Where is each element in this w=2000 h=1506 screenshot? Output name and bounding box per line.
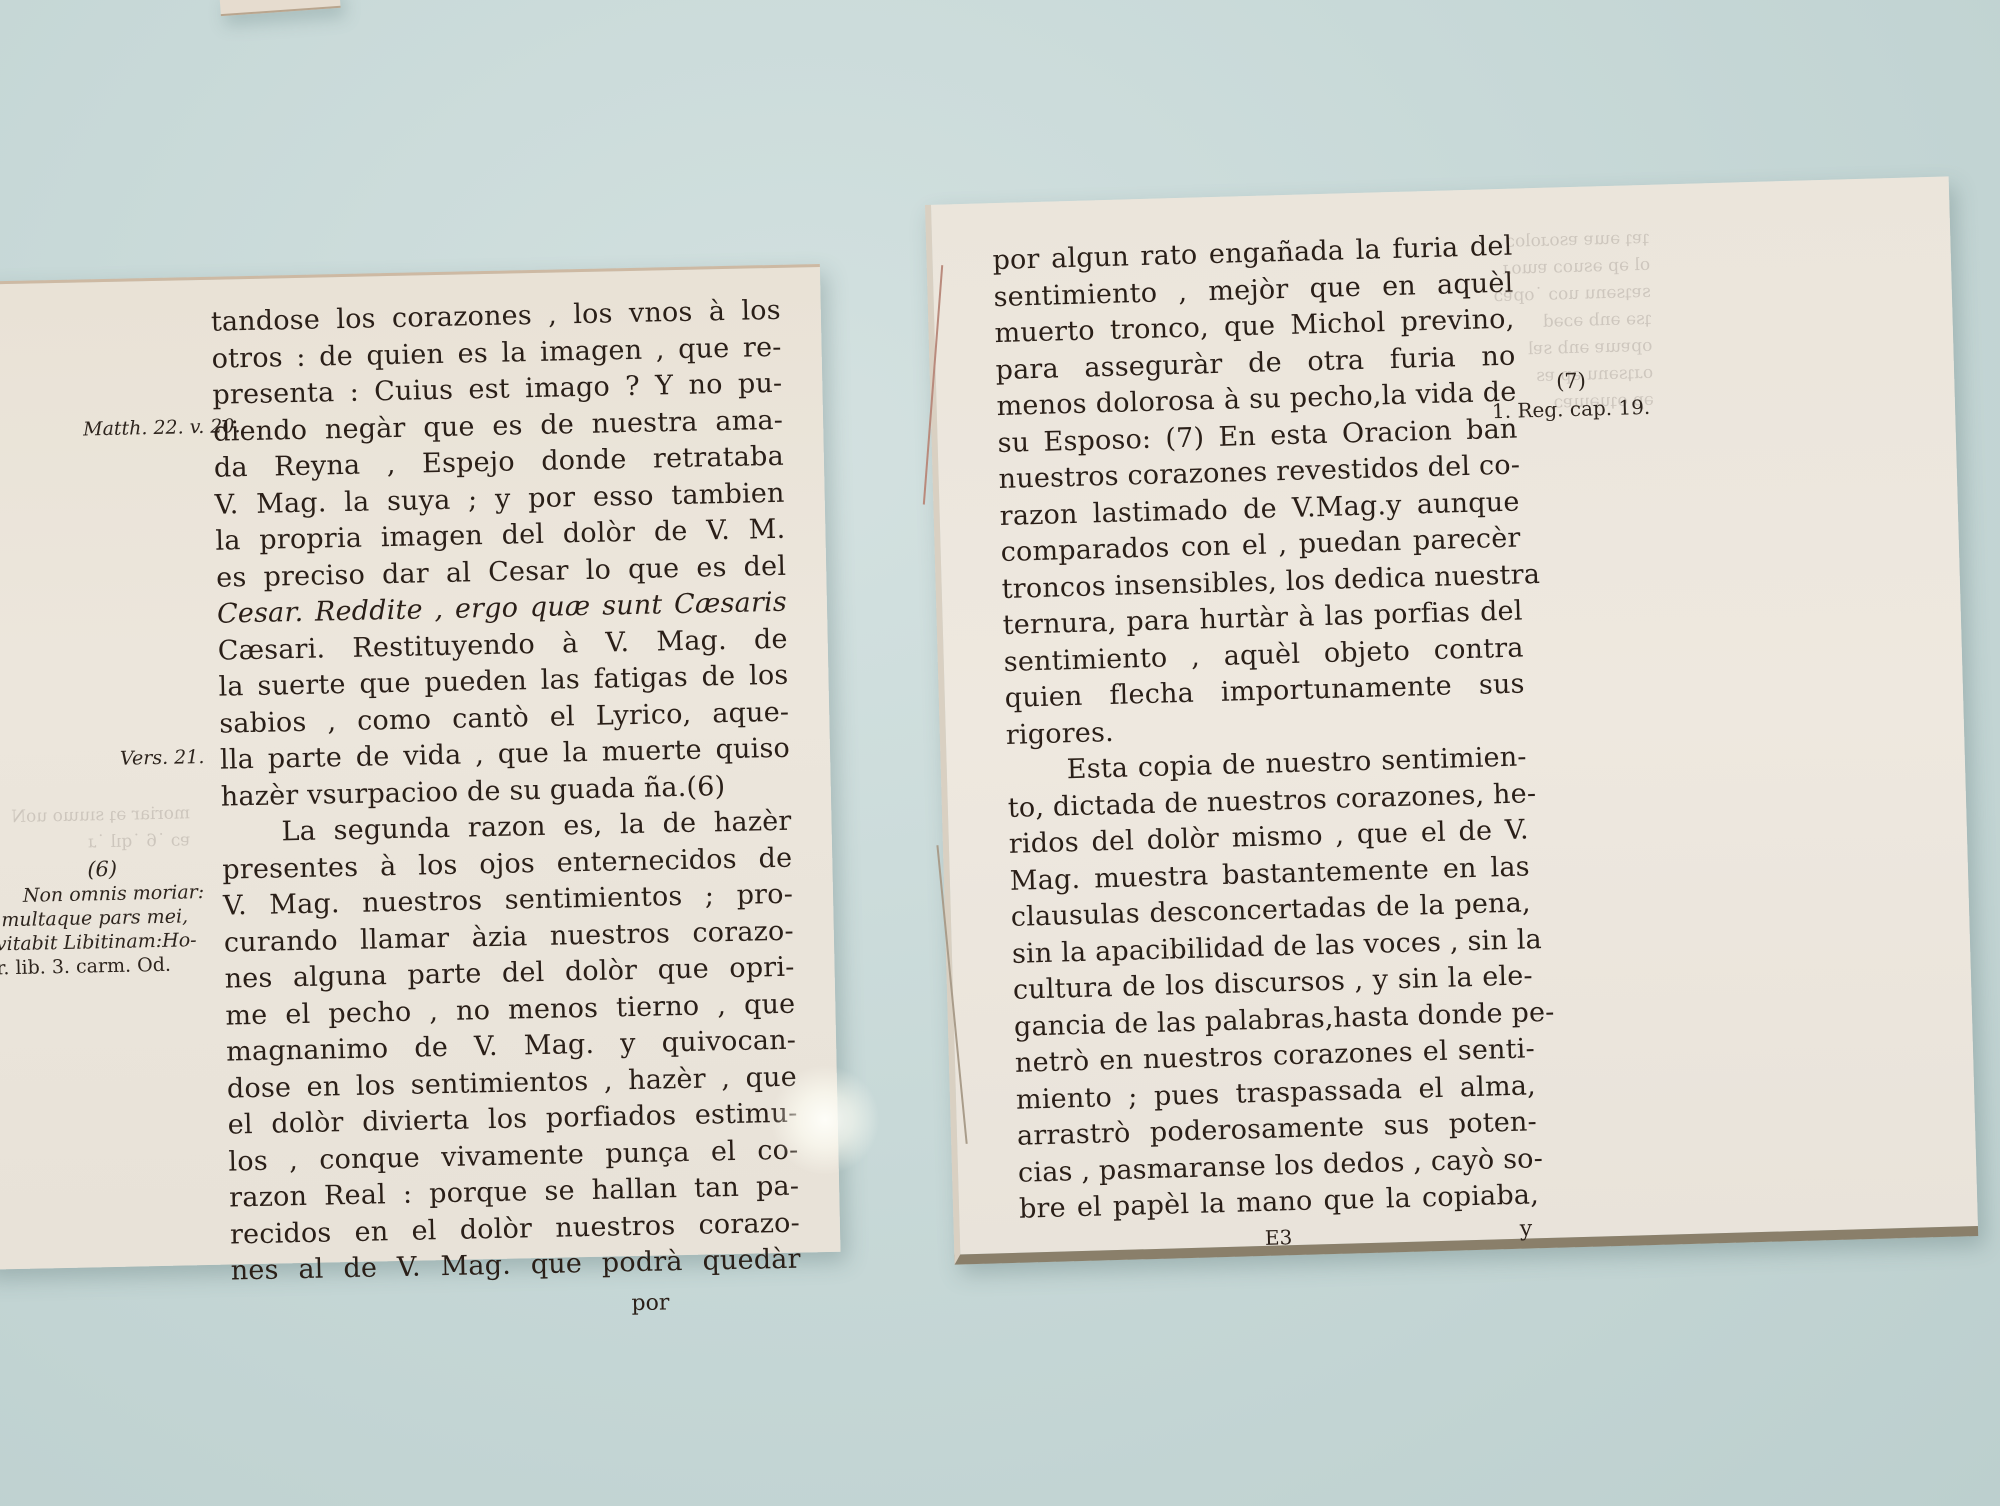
left-page-text-block: tandose los corazones , los vnos à los o…	[211, 293, 802, 1290]
binding-thread	[936, 845, 967, 1144]
margin-note-horace-4: r. lib. 3. carm. Od.	[0, 953, 171, 981]
right-page: ʇɐʇ ǝɯɐ ɐsoɹoloɔol ǝp ǝsuoɔ ɐɯoɹsɐʇsǝnu …	[925, 176, 1978, 1264]
margin-note-number-7: (7)	[1556, 369, 1586, 394]
catchword: por	[631, 1290, 669, 1316]
catchword: y	[1519, 1216, 1532, 1241]
binding-thread	[923, 265, 943, 504]
light-glare	[770, 1065, 880, 1175]
paper-scrap	[219, 0, 340, 16]
right-page-text-block: por algun rato engañada la furia del sen…	[992, 229, 1539, 1229]
bleed-through-text: moriar ǝʇ sıuɯo uoNɐɔ ˙6 ˙qıl ˙ɹ	[11, 800, 191, 858]
margin-note-number-6: (6)	[87, 857, 117, 882]
margin-note-verse: Vers. 21.	[120, 745, 205, 771]
signature-mark: E3	[1265, 1225, 1293, 1250]
left-page: moriar ǝʇ sıuɯo uoNɐɔ ˙6 ˙qıl ˙ɹ Matth. …	[0, 264, 841, 1270]
